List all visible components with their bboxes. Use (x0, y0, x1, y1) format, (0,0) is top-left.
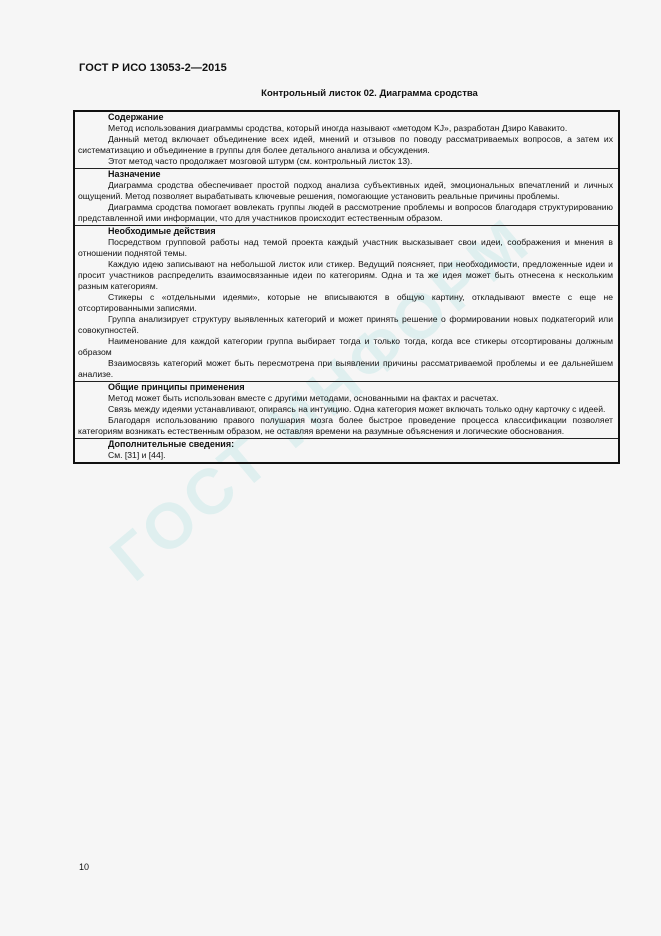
paragraph: Каждую идею записывают на небольшой лист… (78, 259, 613, 292)
section-required-actions: Необходимые действия Посредством группов… (75, 225, 618, 381)
paragraph: Посредством групповой работы над темой п… (78, 237, 613, 259)
section-heading: Дополнительные сведения: (78, 439, 613, 450)
section-additional-info: Дополнительные сведения: См. [31] и [44]… (75, 438, 618, 462)
section-purpose: Назначение Диаграмма сродства обеспечива… (75, 168, 618, 225)
paragraph: Диаграмма сродства помогает вовлекать гр… (78, 202, 613, 224)
paragraph: Этот метод часто продолжает мозговой шту… (78, 156, 613, 167)
sheet-title: Контрольный листок 02. Диаграмма сродств… (0, 88, 661, 99)
section-heading: Содержание (78, 112, 613, 123)
paragraph: Взаимосвязь категорий может быть пересмо… (78, 358, 613, 380)
page-number: 10 (79, 862, 89, 872)
document-code: ГОСТ Р ИСО 13053-2—2015 (79, 62, 227, 74)
section-heading: Назначение (78, 169, 613, 180)
section-general-principles: Общие принципы применения Метод может бы… (75, 381, 618, 438)
section-heading: Необходимые действия (78, 226, 613, 237)
paragraph: См. [31] и [44]. (78, 450, 613, 461)
paragraph: Диаграмма сродства обеспечивает простой … (78, 180, 613, 202)
paragraph: Данный метод включает объединение всех и… (78, 134, 613, 156)
paragraph: Группа анализирует структуру выявленных … (78, 314, 613, 336)
section-content: Содержание Метод использования диаграммы… (75, 112, 618, 168)
paragraph: Стикеры с «отдельными идеями», которые н… (78, 292, 613, 314)
paragraph: Наименование для каждой категории группа… (78, 336, 613, 358)
section-heading: Общие принципы применения (78, 382, 613, 393)
paragraph: Благодаря использованию правого полушари… (78, 415, 613, 437)
checklist-table: Содержание Метод использования диаграммы… (73, 110, 620, 464)
paragraph: Метод может быть использован вместе с др… (78, 393, 613, 404)
paragraph: Связь между идеями устанавливают, опирая… (78, 404, 613, 415)
paragraph: Метод использования диаграммы сродства, … (78, 123, 613, 134)
